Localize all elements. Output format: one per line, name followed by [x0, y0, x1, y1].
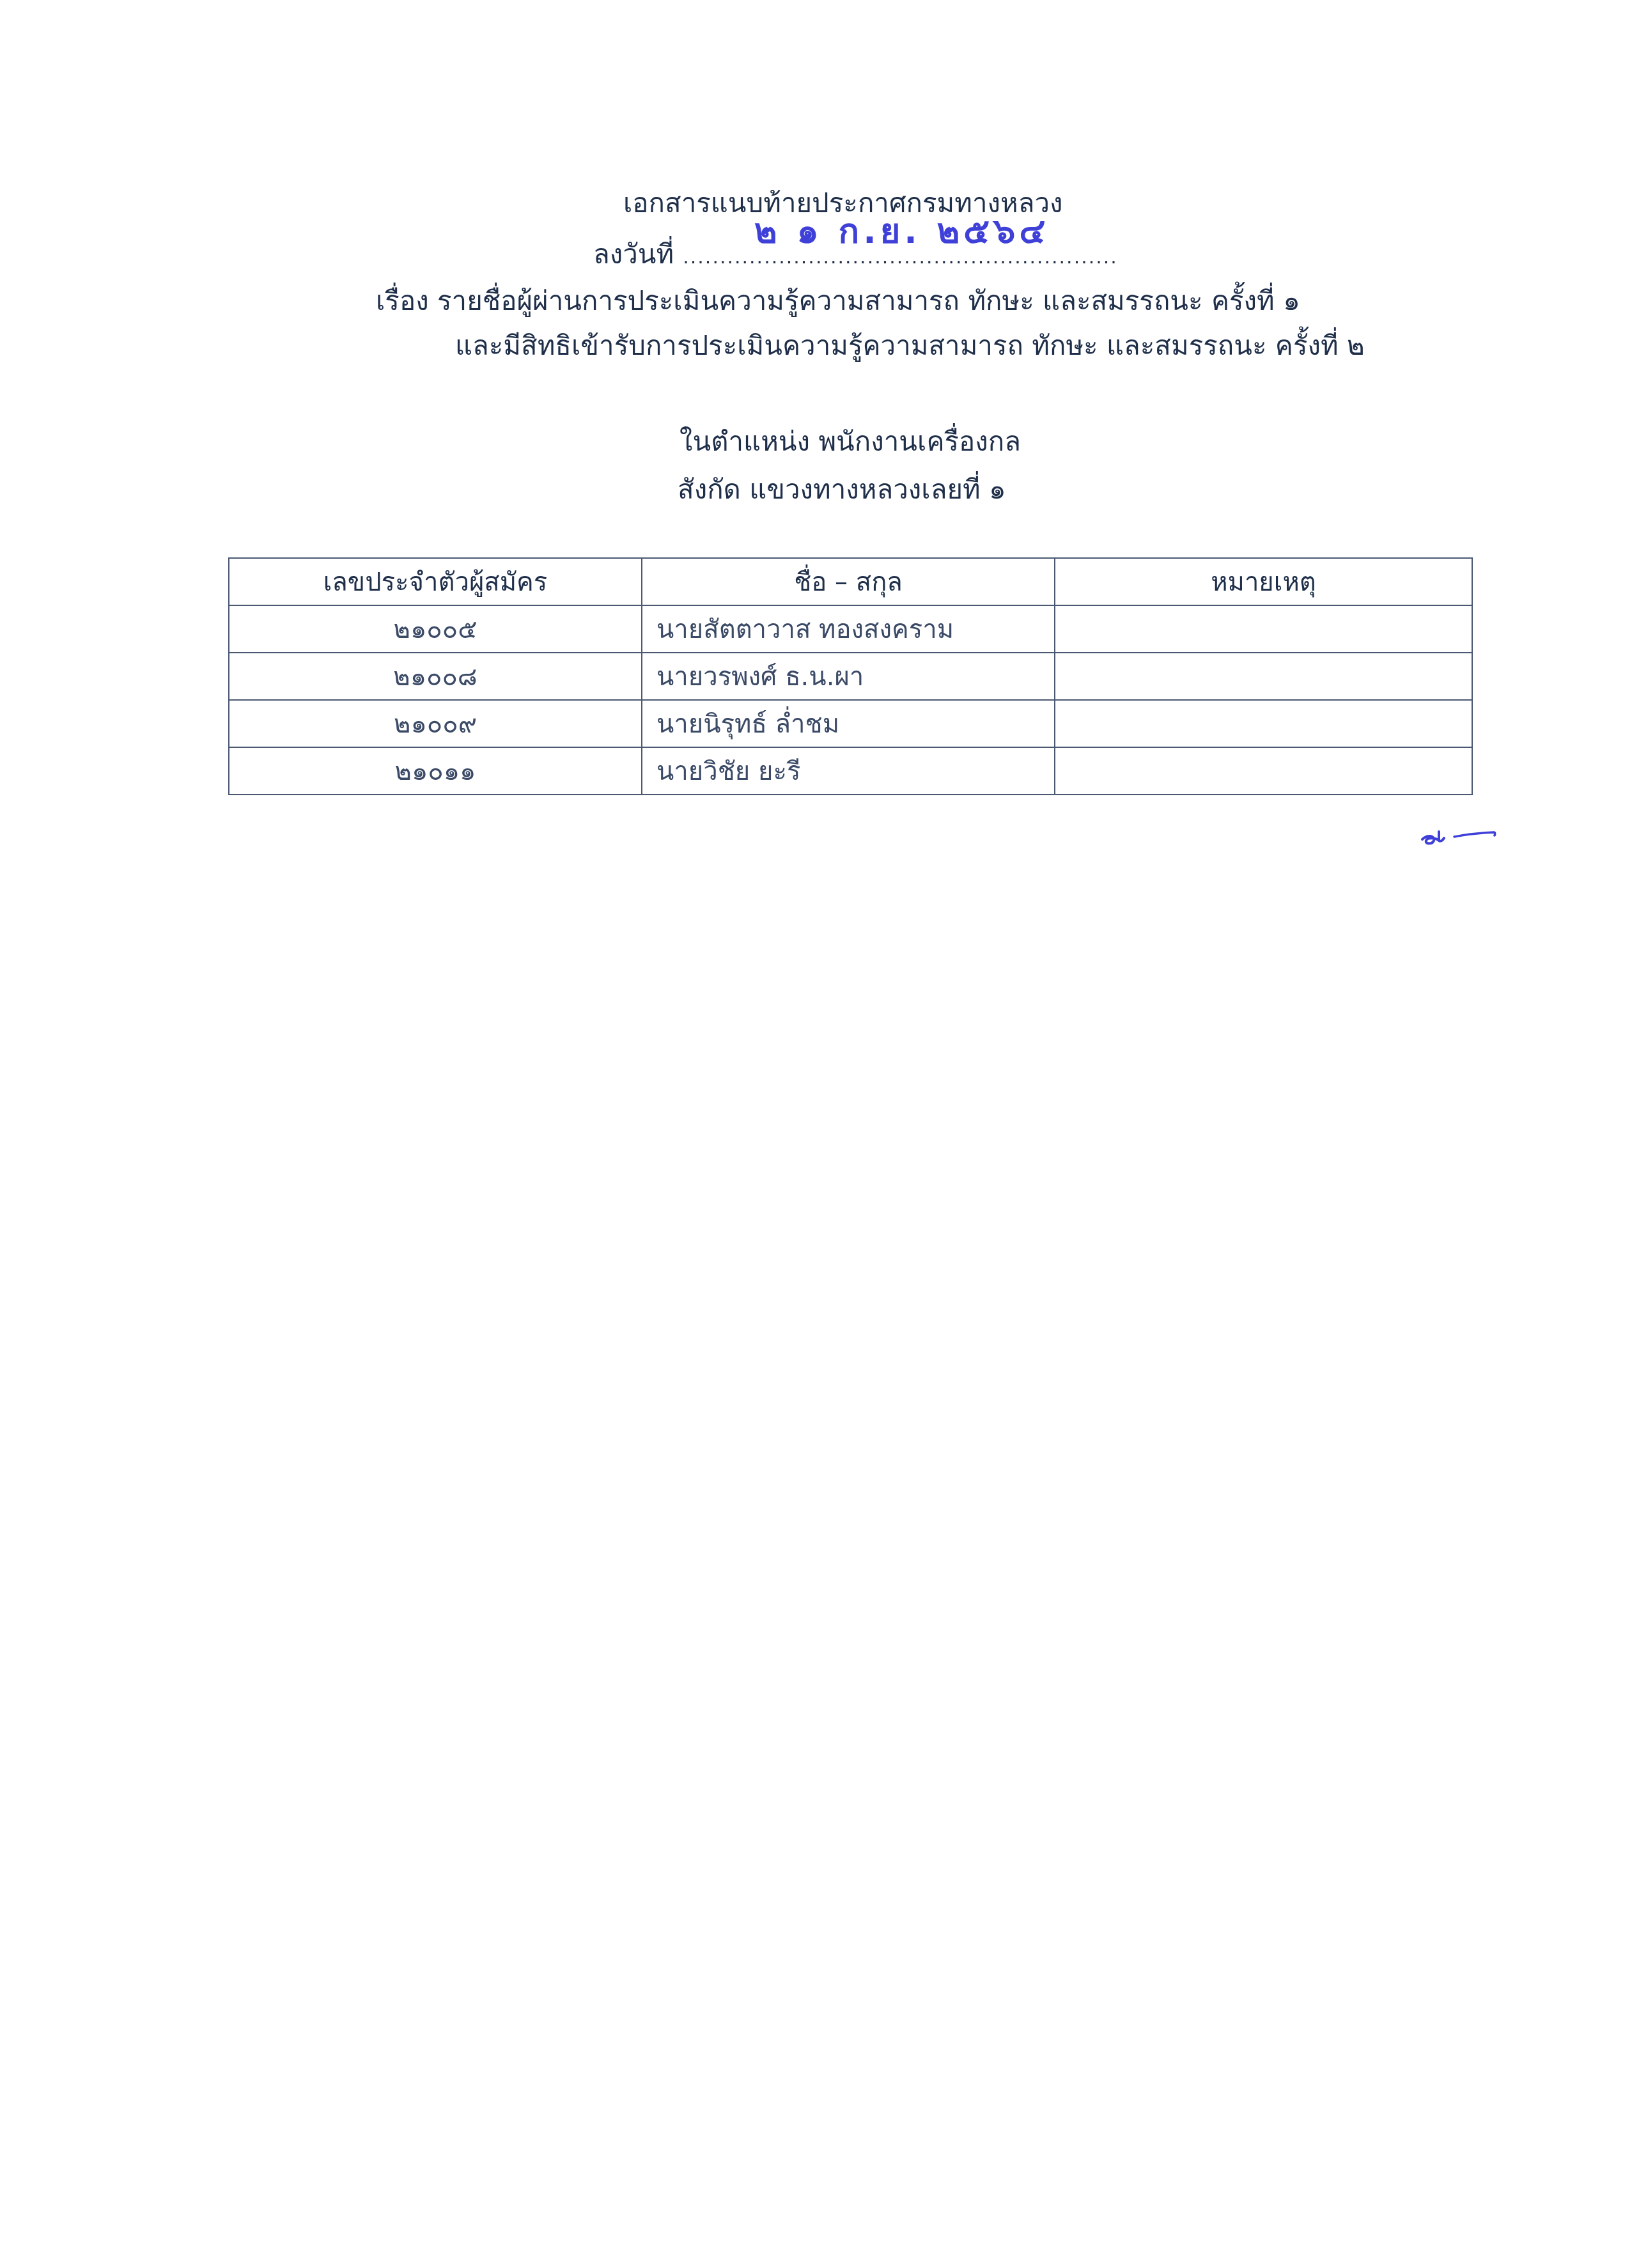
table-row: ๒๑๐๐๕ นายสัตตาวาส ทองสงคราม: [229, 605, 1472, 653]
date-dotted-line: ........................................…: [683, 240, 1118, 276]
header-remarks: หมายเหตุ: [1055, 558, 1472, 605]
candidate-id: ๒๑๐๐๘: [229, 653, 642, 700]
unit-line: สังกัด แขวงทางหลวงเลยที่ ๑: [678, 472, 1006, 508]
handwritten-initials-icon: [1416, 821, 1499, 853]
header-candidate-id: เลขประจำตัวผู้สมัคร: [229, 558, 642, 605]
candidates-table: เลขประจำตัวผู้สมัคร ชื่อ – สกุล หมายเหตุ…: [228, 557, 1473, 795]
table-row: ๒๑๐๑๑ นายวิชัย ยะรี: [229, 747, 1472, 795]
candidate-remark: [1055, 700, 1472, 747]
subject-line-2: และมีสิทธิเข้ารับการประเมินความรู้ความสา…: [455, 328, 1365, 364]
subject-line-1: เรื่อง รายชื่อผู้ผ่านการประเมินความรู้คว…: [376, 283, 1300, 319]
document-page: เอกสารแนบท้ายประกาศกรมทางหลวง ๒ ๑ ก.ย. ๒…: [0, 0, 1639, 2268]
candidate-id: ๒๑๐๑๑: [229, 747, 642, 795]
table-row: ๒๑๐๐๙ นายนิรุทธ์ ล่ำชม: [229, 700, 1472, 747]
header-full-name: ชื่อ – สกุล: [642, 558, 1055, 605]
candidate-remark: [1055, 653, 1472, 700]
date-line: ลงวันที่................................…: [593, 237, 1118, 276]
candidate-name: นายวรพงศ์ ธ.น.ผา: [642, 653, 1055, 700]
candidate-name: นายสัตตาวาส ทองสงคราม: [642, 605, 1055, 653]
candidate-remark: [1055, 747, 1472, 795]
candidate-name: นายวิชัย ยะรี: [642, 747, 1055, 795]
candidate-name: นายนิรุทธ์ ล่ำชม: [642, 700, 1055, 747]
date-label: ลงวันที่: [593, 237, 674, 272]
candidate-remark: [1055, 605, 1472, 653]
table-row: ๒๑๐๐๘ นายวรพงศ์ ธ.น.ผา: [229, 653, 1472, 700]
candidate-id: ๒๑๐๐๕: [229, 605, 642, 653]
candidate-id: ๒๑๐๐๙: [229, 700, 642, 747]
position-line: ในตำแหน่ง พนักงานเครื่องกล: [680, 424, 1021, 460]
table-header-row: เลขประจำตัวผู้สมัคร ชื่อ – สกุล หมายเหตุ: [229, 558, 1472, 605]
